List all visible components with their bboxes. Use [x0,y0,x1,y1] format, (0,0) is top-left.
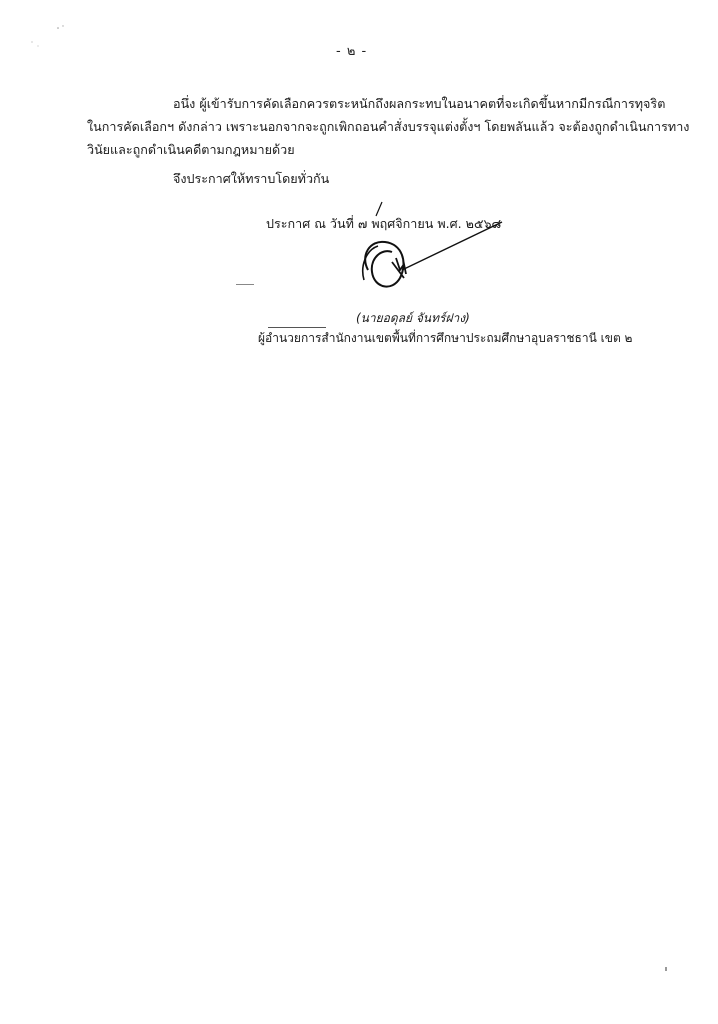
signatory-title: ผู้อำนวยการสำนักงานเขตพื้นที่การศึกษาประ… [258,329,632,348]
signatory-name: (นายอดุลย์ จันทร์ฝาง) [356,309,470,328]
page-number: - ๒ - [336,40,367,61]
paragraph-line-2: ในการคัดเลือกฯ ดังกล่าว เพราะนอกจากจะถูก… [87,117,689,137]
scan-speck [665,967,667,971]
document-page: - ๒ - อนึ่ง ผู้เข้ารับการคัดเลือกควรตระห… [0,0,718,1024]
announcement-closing: จึงประกาศให้ทราบโดยทั่วกัน [173,169,329,189]
scan-mark [236,284,254,285]
paragraph-line-3: วินัยและถูกดำเนินคดีตามกฎหมายด้วย [87,140,295,160]
signature-underline [268,327,326,328]
paragraph-line-1: อนึ่ง ผู้เข้ารับการคัดเลือกควรตระหนักถึง… [173,94,665,114]
scan-specks [20,20,80,50]
